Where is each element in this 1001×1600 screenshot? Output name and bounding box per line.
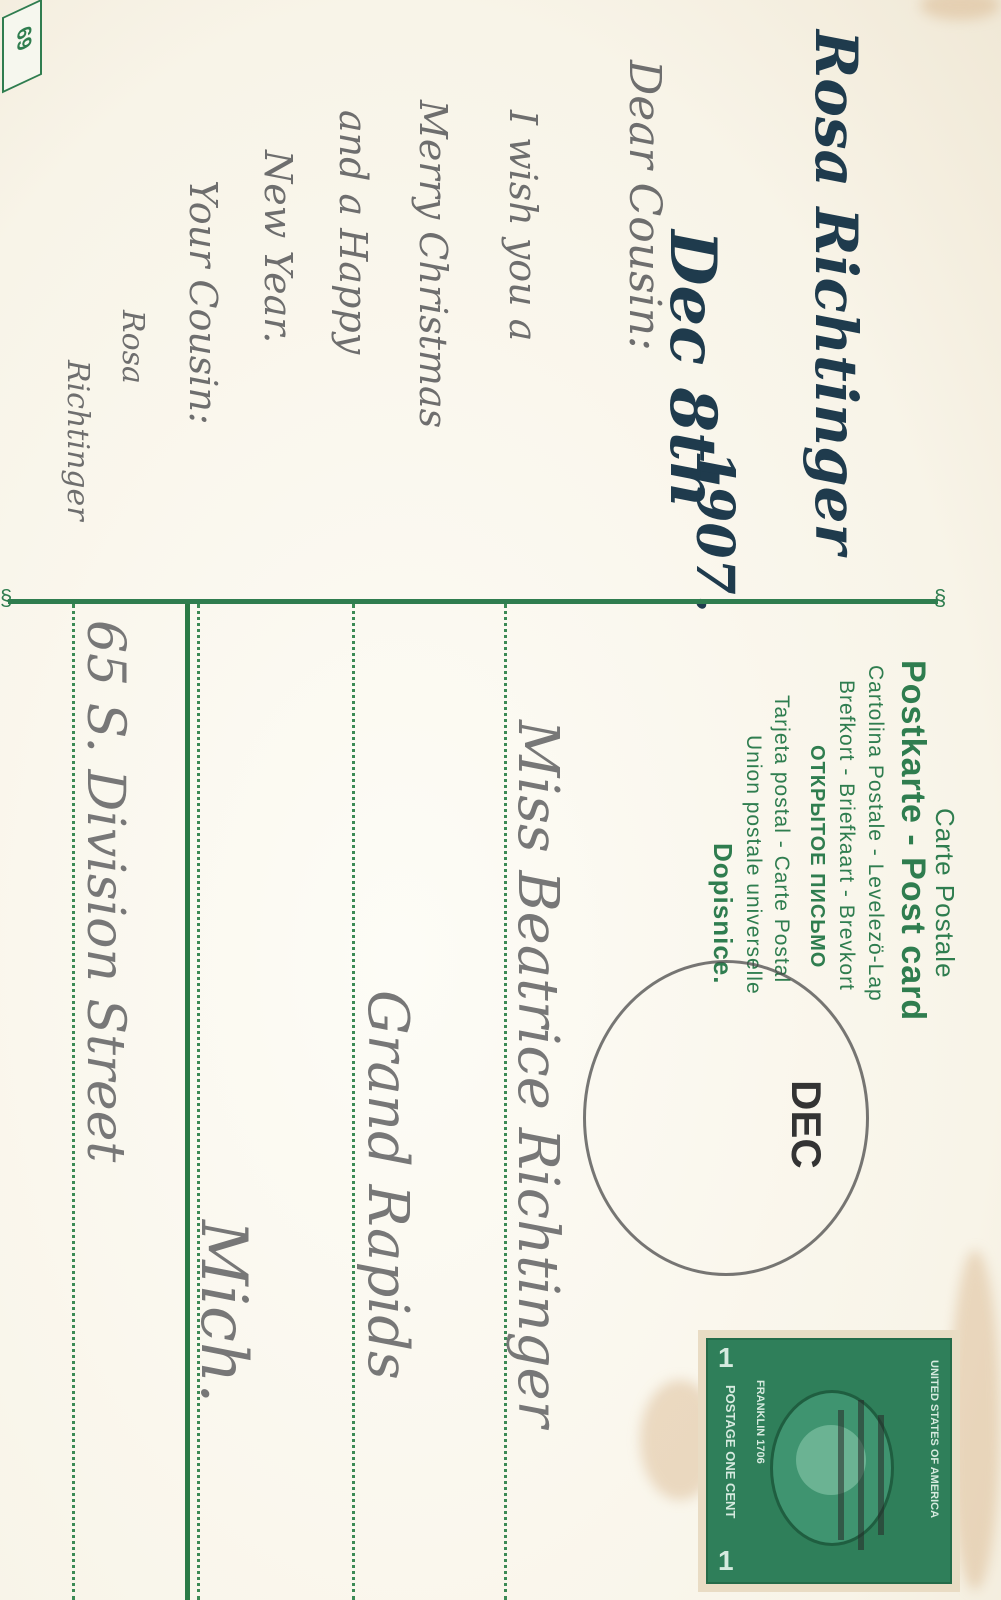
message-line: I wish you a xyxy=(501,110,545,341)
sender-year-ink: 1907. xyxy=(684,450,745,613)
cancel-mark xyxy=(858,1400,864,1550)
postmark-month: DEC xyxy=(782,1080,830,1169)
message-line: Rosa xyxy=(115,310,150,384)
message-line: Your Cousin: xyxy=(181,180,225,425)
printed-language-line: Brefkort - Briefkaart - Brevkort xyxy=(834,680,858,991)
address-state: Mich. xyxy=(186,1220,260,1403)
message-line: Richtinger xyxy=(60,360,95,521)
publisher-logo: 69 xyxy=(2,0,42,93)
stamp-value-text: POSTAGE ONE CENT xyxy=(723,1385,738,1518)
address-recipient: Miss Beatrice Richtinger xyxy=(505,720,570,1427)
printed-title: Carte Postale xyxy=(929,808,960,979)
printed-language-line: Union postale universelle xyxy=(741,735,765,995)
publisher-logo-number: 69 xyxy=(12,22,35,55)
address-divider-solid xyxy=(185,604,190,1600)
postcard-back: 69 Rosa Richtinger Dec 8th 1907. Dear Co… xyxy=(0,0,1001,1600)
message-line: and a Happy xyxy=(331,110,375,354)
stamp-denomination-top: 1 xyxy=(718,1342,734,1374)
message-line: New Year. xyxy=(256,150,300,343)
address-city: Grand Rapids xyxy=(355,990,420,1380)
address-line-3 xyxy=(197,604,200,1600)
printed-language-line: Cartolina Postale - Levelezö-Lap xyxy=(863,665,887,1002)
cancel-mark xyxy=(838,1410,844,1540)
stamp-country-text: UNITED STATES OF AMERICA xyxy=(928,1360,940,1518)
divider-curl-right: § xyxy=(934,587,946,609)
corner-stain xyxy=(920,0,1000,20)
printed-language-line: ОТКРЫТОЕ ПИСЬМО xyxy=(805,745,828,968)
franklin-portrait-icon xyxy=(796,1425,866,1495)
divider-line xyxy=(8,599,938,604)
printed-main: Postkarte - Post card xyxy=(893,660,932,1021)
message-line: Merry Christmas xyxy=(411,100,455,428)
stamp-name-text: FRANKLIN 1706 xyxy=(754,1380,766,1464)
stamp-denomination-bottom: 1 xyxy=(718,1545,734,1577)
cancel-mark xyxy=(878,1415,884,1535)
message-greeting: Dear Cousin: xyxy=(619,60,670,351)
stamp-frame: UNITED STATES OF AMERICA FRANKLIN 1706 P… xyxy=(706,1338,952,1584)
sender-name-ink: Rosa Richtinger xyxy=(802,30,870,554)
address-street: 65 S. Division Street xyxy=(75,620,135,1162)
postage-stamp: UNITED STATES OF AMERICA FRANKLIN 1706 P… xyxy=(698,1330,960,1592)
printed-language-line: Tarjeta postal - Carte Postal xyxy=(769,695,793,983)
divider-curl-left: § xyxy=(0,587,12,609)
